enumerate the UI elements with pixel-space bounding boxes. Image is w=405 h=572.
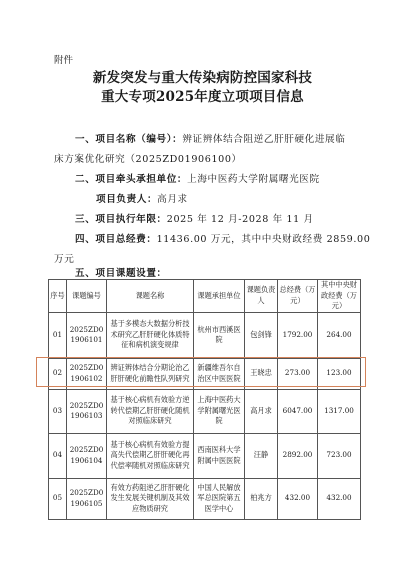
- cell-code: 2025ZD01906101: [67, 312, 107, 358]
- execution-period-value: 2025 年 12 月-2028 年 11 月: [167, 214, 314, 225]
- project-name-line2: 床方案优化研究（2025ZD01906100）: [54, 151, 242, 165]
- cell-leader: 柏兆方: [245, 478, 278, 519]
- execution-period-line: 三、项目执行年限：2025 年 12 月-2028 年 11 月: [75, 211, 314, 225]
- tasks-table: 序号 课题编号 课题名称 课题承担单位 课题负责人 总经费（万元） 其中中央财政…: [48, 279, 361, 520]
- budget-label: 四、项目总经费：: [75, 234, 157, 245]
- project-leader-line: 项目负责人：高月求: [96, 191, 188, 205]
- cell-leader: 王晓忠: [245, 358, 278, 389]
- table-header-row: 序号 课题编号 课题名称 课题承担单位 课题负责人 总经费（万元） 其中中央财政…: [49, 280, 361, 313]
- cell-code: 2025ZD01906102: [67, 358, 107, 389]
- project-name-line1: 一、项目名称（编号）：辨证辨体结合阻逆乙肝肝硬化进展临: [75, 131, 345, 145]
- cell-leader: 高月求: [245, 389, 278, 433]
- cell-leader: 包剑锋: [245, 312, 278, 358]
- attachment-label: 附件: [54, 52, 73, 66]
- cell-unit: 中国人民解放军总医院第五医学中心: [194, 478, 245, 519]
- header-code: 课题编号: [67, 280, 107, 313]
- cell-name: 有效方药阻逆乙肝肝硬化发生发展关键机制及其效应物质研究: [107, 478, 194, 519]
- cell-unit: 新疆维吾尔自治区中医医院: [194, 358, 245, 389]
- table-row: 05 2025ZD01906105 有效方药阻逆乙肝肝硬化发生发展关键机制及其效…: [49, 478, 361, 519]
- header-central: 其中中央财政经费（万元）: [318, 280, 361, 313]
- cell-no: 03: [49, 389, 67, 433]
- cell-total: 432.00: [278, 478, 318, 519]
- lead-unit-value: 上海中医药大学附属曙光医院: [187, 174, 320, 185]
- cell-code: 2025ZD01906105: [67, 478, 107, 519]
- cell-central: 723.00: [318, 433, 361, 478]
- cell-no: 05: [49, 478, 67, 519]
- budget-line2: 万元: [54, 251, 74, 265]
- header-total: 总经费（万元）: [278, 280, 318, 313]
- cell-no: 04: [49, 433, 67, 478]
- lead-unit-label: 二、项目牵头承担单位：: [75, 174, 187, 185]
- cell-name: 基于多模态大数据分析技术研究乙肝肝硬化体质特征和病机演变规律: [107, 312, 194, 358]
- cell-unit: 杭州市西溪医院: [194, 312, 245, 358]
- document-title-line2: 重大专项2025年度立项项目信息: [0, 85, 405, 105]
- cell-name: 辨证辨体结合分期论治乙肝肝硬化前瞻性队列研究: [107, 358, 194, 389]
- project-name-value: 辨证辨体结合阻逆乙肝肝硬化进展临: [182, 134, 345, 145]
- cell-central: 123.00: [318, 358, 361, 389]
- project-leader-value: 高月求: [157, 194, 188, 205]
- table-row: 01 2025ZD01906101 基于多模态大数据分析技术研究乙肝肝硬化体质特…: [49, 312, 361, 358]
- cell-name: 基于核心病机有效验方逆转代偿期乙肝肝硬化随机对照临床研究: [107, 389, 194, 433]
- header-leader: 课题负责人: [245, 280, 278, 313]
- cell-unit: 上海中医药大学附属曙光医院: [194, 389, 245, 433]
- execution-period-label: 三、项目执行年限：: [75, 214, 167, 225]
- cell-central: 432.00: [318, 478, 361, 519]
- cell-central: 264.00: [318, 312, 361, 358]
- lead-unit-line: 二、项目牵头承担单位：上海中医药大学附属曙光医院: [75, 171, 320, 185]
- cell-total: 1792.00: [278, 312, 318, 358]
- cell-total: 6047.00: [278, 389, 318, 433]
- cell-unit: 西南医科大学附属中医医院: [194, 433, 245, 478]
- cell-total: 273.00: [278, 358, 318, 389]
- tasks-heading: 五、项目课题设置：: [75, 265, 167, 279]
- cell-name: 基于核心病机有效验方提高失代偿期乙肝肝硬化再代偿率随机对照临床研究: [107, 433, 194, 478]
- table-row-highlighted: 02 2025ZD01906102 辨证辨体结合分期论治乙肝肝硬化前瞻性队列研究…: [49, 358, 361, 389]
- cell-total: 2892.00: [278, 433, 318, 478]
- header-name: 课题名称: [107, 280, 194, 313]
- budget-line1: 四、项目总经费：11436.00 万元，其中中央财政经费 2859.00: [75, 231, 370, 245]
- cell-no: 02: [49, 358, 67, 389]
- header-no: 序号: [49, 280, 67, 313]
- project-leader-label: 项目负责人：: [96, 194, 157, 205]
- budget-value: 11436.00 万元，其中中央财政经费 2859.00: [157, 234, 371, 245]
- project-name-label: 一、项目名称（编号）：: [75, 134, 182, 145]
- cell-central: 1317.00: [318, 389, 361, 433]
- header-unit: 课题承担单位: [194, 280, 245, 313]
- document-title-line1: 新发突发与重大传染病防控国家科技: [0, 66, 405, 86]
- cell-leader: 汪静: [245, 433, 278, 478]
- cell-code: 2025ZD01906103: [67, 389, 107, 433]
- cell-no: 01: [49, 312, 67, 358]
- table-row: 04 2025ZD01906104 基于核心病机有效验方提高失代偿期乙肝肝硬化再…: [49, 433, 361, 478]
- cell-code: 2025ZD01906104: [67, 433, 107, 478]
- table-row: 03 2025ZD01906103 基于核心病机有效验方逆转代偿期乙肝肝硬化随机…: [49, 389, 361, 433]
